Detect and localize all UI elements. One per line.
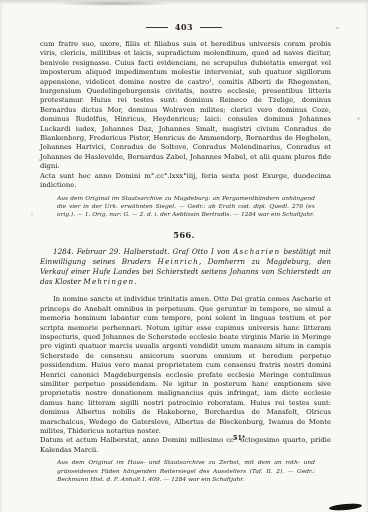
scan-speck	[357, 117, 360, 120]
heading-segment: Ascharien	[233, 247, 280, 256]
head-rule-left	[146, 27, 168, 28]
heading-segment: .	[134, 277, 136, 286]
heading-segment: Heinrich	[158, 257, 199, 266]
page-number: 403	[175, 22, 193, 32]
entry-566-heading: 1284. Februar 29. Halberstadt. Graf Otto…	[40, 247, 331, 287]
signature-mark: 51*	[233, 434, 245, 442]
entry-565-body-continuation: cum fratre suo, uxore, filiis et filiabu…	[40, 40, 331, 172]
entry-565-datum-line: Acta sunt hec anno Domini m°.cc°.lxxx°ii…	[40, 172, 331, 191]
scan-smudge-top	[55, 1, 173, 6]
entry-566-source-note: Aus dem Original im Haus- und Staatsarch…	[57, 459, 315, 484]
scan-speck	[31, 213, 33, 215]
heading-segment: Mehringen	[83, 277, 134, 286]
entry-566-body: In nomine sancte et individue trinitatis…	[40, 295, 331, 436]
scan-mark-bottom-right	[329, 503, 362, 512]
head-rule-right	[200, 27, 222, 28]
heading-segment: 1284. Februar 29. Halberstadt. Graf Otto…	[53, 247, 233, 256]
scan-speck	[336, 27, 339, 29]
entry-565-source-note: Aus dem Original im Staatsarchive zu Mag…	[57, 195, 315, 220]
book-page: 403 cum fratre suo, uxore, filiis et fil…	[0, 0, 368, 512]
entry-566-datum-line: Datum et actum Halberstat, anno Domini m…	[40, 436, 331, 455]
entry-566-number: 566.	[0, 230, 368, 240]
